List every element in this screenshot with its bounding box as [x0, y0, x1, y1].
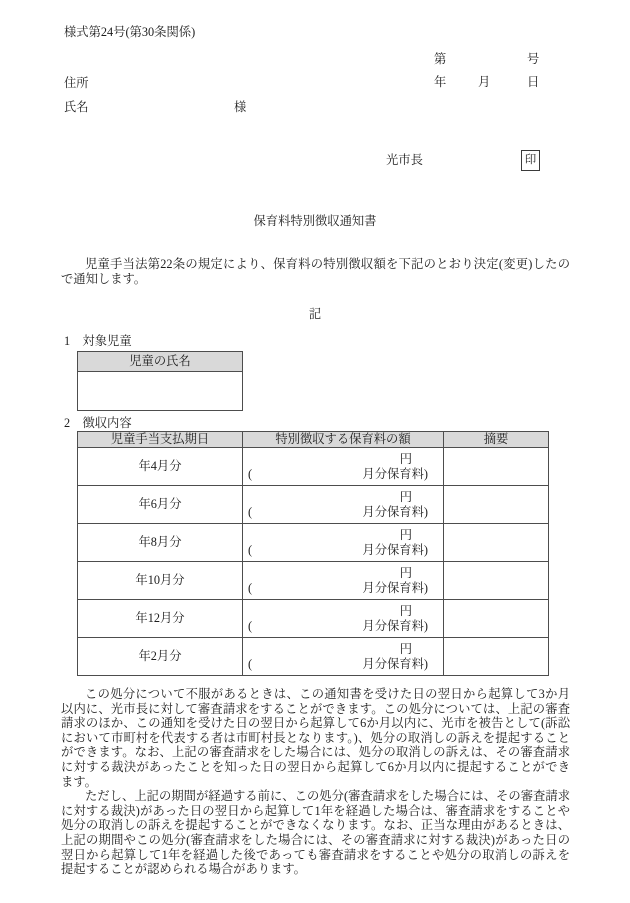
collection-header-row: 児童手当支払期日 特別徴収する保育料の額 摘要 [78, 432, 549, 448]
paren-line: (月分保育料) [243, 467, 443, 482]
date-day-label: 日 [527, 75, 539, 90]
period-cell: 年6月分 [78, 486, 243, 524]
amount-cell: 円 (月分保育料) [243, 600, 444, 638]
paren-close-label: 月分保育料) [362, 657, 428, 672]
address-label: 住所 [64, 76, 89, 91]
amount-line: 円 [243, 642, 443, 657]
yen-label: 円 [400, 604, 412, 618]
collection-row: 年8月分 円 (月分保育料) [78, 524, 549, 562]
amount-line: 円 [243, 604, 443, 619]
yen-label: 円 [400, 642, 412, 656]
amount-line: 円 [243, 490, 443, 505]
seal-stamp: 印 [521, 150, 540, 171]
paren-open-label: ( [248, 657, 252, 672]
amount-cell: 円 (月分保育料) [243, 524, 444, 562]
children-table: 児童の氏名 [77, 351, 243, 411]
document-page: 様式第24号(第30条関係) 第 号 住所 年 月 日 氏名 様 光市長 印 保… [0, 0, 630, 903]
period-cell: 年10月分 [78, 562, 243, 600]
children-table-row [78, 372, 243, 411]
col-header-note: 摘要 [444, 432, 549, 448]
paren-open-label: ( [248, 581, 252, 596]
section2-heading: 2 徴収内容 [64, 416, 132, 431]
closing-paragraph-2: ただし、上記の期間が経過する前に、この処分(審査請求をした場合には、その審査請求… [61, 789, 570, 877]
amount-line: 円 [243, 566, 443, 581]
note-cell [444, 448, 549, 486]
paren-close-label: 月分保育料) [362, 543, 428, 558]
amount-line: 円 [243, 452, 443, 467]
intro-paragraph: 児童手当法第22条の規定により、保育料の特別徴収額を下記のとおり決定(変更)した… [61, 257, 570, 286]
paren-open-label: ( [248, 543, 252, 558]
paren-line: (月分保育料) [243, 619, 443, 634]
amount-line: 円 [243, 528, 443, 543]
paren-close-label: 月分保育料) [362, 619, 428, 634]
period-cell: 年4月分 [78, 448, 243, 486]
note-cell [444, 638, 549, 676]
document-title: 保育料特別徴収通知書 [0, 214, 630, 229]
paren-close-label: 月分保育料) [362, 505, 428, 520]
section1-heading: 1 対象児童 [64, 334, 132, 349]
collection-row: 年10月分 円 (月分保育料) [78, 562, 549, 600]
paren-close-label: 月分保育料) [362, 467, 428, 482]
doc-number-prefix: 第 [434, 52, 446, 67]
collection-row: 年6月分 円 (月分保育料) [78, 486, 549, 524]
paren-line: (月分保育料) [243, 505, 443, 520]
paren-line: (月分保育料) [243, 581, 443, 596]
yen-label: 円 [400, 490, 412, 504]
col-header-period: 児童手当支払期日 [78, 432, 243, 448]
issuer-name: 光市長 [386, 153, 423, 168]
paren-open-label: ( [248, 467, 252, 482]
yen-label: 円 [400, 528, 412, 542]
period-cell: 年12月分 [78, 600, 243, 638]
period-cell: 年2月分 [78, 638, 243, 676]
closing-paragraph-1: この処分について不服があるときは、この通知書を受けた日の翌日から起算して3か月以… [61, 687, 570, 789]
collection-table: 児童手当支払期日 特別徴収する保育料の額 摘要 年4月分 円 (月分保育料) 年… [77, 431, 549, 676]
amount-cell: 円 (月分保育料) [243, 638, 444, 676]
date-month-label: 月 [478, 75, 490, 90]
collection-row: 年4月分 円 (月分保育料) [78, 448, 549, 486]
paren-line: (月分保育料) [243, 657, 443, 672]
children-name-header: 児童の氏名 [78, 352, 243, 372]
paren-open-label: ( [248, 619, 252, 634]
collection-row: 年2月分 円 (月分保育料) [78, 638, 549, 676]
paren-close-label: 月分保育料) [362, 581, 428, 596]
children-name-cell [78, 372, 243, 411]
col-header-amount: 特別徴収する保育料の額 [243, 432, 444, 448]
paren-line: (月分保育料) [243, 543, 443, 558]
note-cell [444, 600, 549, 638]
note-cell [444, 562, 549, 600]
name-label: 氏名 [64, 100, 89, 115]
date-year-label: 年 [434, 75, 446, 90]
paren-open-label: ( [248, 505, 252, 520]
amount-cell: 円 (月分保育料) [243, 562, 444, 600]
note-cell [444, 486, 549, 524]
list-marker: 記 [0, 307, 630, 322]
note-cell [444, 524, 549, 562]
intro-paragraph-block: 児童手当法第22条の規定により、保育料の特別徴収額を下記のとおり決定(変更)した… [61, 257, 570, 286]
amount-cell: 円 (月分保育料) [243, 486, 444, 524]
yen-label: 円 [400, 566, 412, 580]
form-number: 様式第24号(第30条関係) [64, 25, 195, 40]
collection-row: 年12月分 円 (月分保育料) [78, 600, 549, 638]
closing-block: この処分について不服があるときは、この通知書を受けた日の翌日から起算して3か月以… [61, 687, 570, 877]
period-cell: 年8月分 [78, 524, 243, 562]
doc-number-suffix: 号 [527, 52, 539, 67]
amount-cell: 円 (月分保育料) [243, 448, 444, 486]
yen-label: 円 [400, 452, 412, 466]
honorific-label: 様 [234, 100, 246, 115]
